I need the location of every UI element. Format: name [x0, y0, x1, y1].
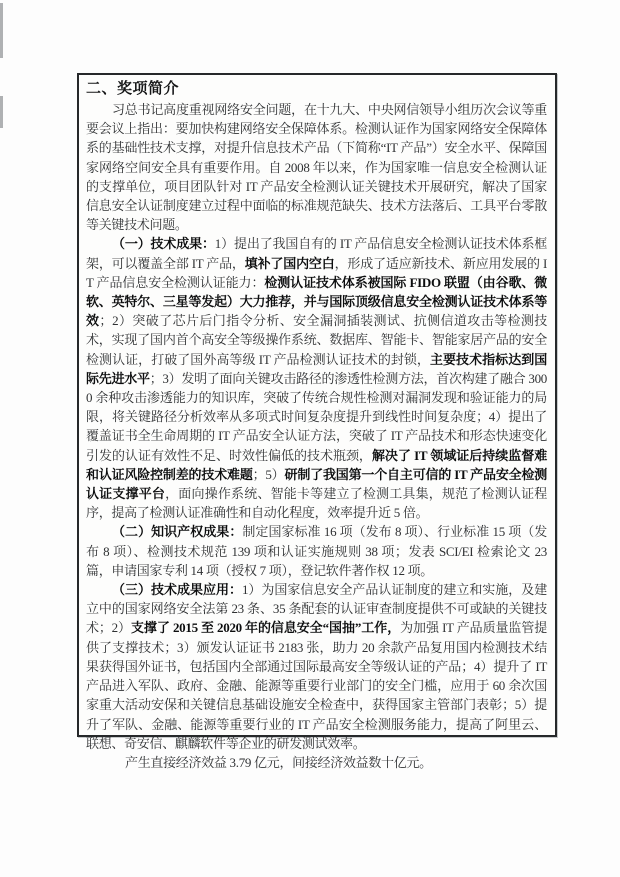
- paragraph: 产生直接经济效益 3.79 亿元，间接经济效益数十亿元。: [86, 753, 547, 772]
- scan-artifact: [0, 96, 3, 128]
- section-title: 二、奖项简介: [86, 78, 547, 100]
- award-summary-box: 二、奖项简介 习总书记高度重视网络安全问题，在十九大、中央网信领导小组历次会议等…: [77, 73, 557, 737]
- scanned-document-page: { "colors": { "page_background": "#fdfdf…: [0, 0, 620, 877]
- paragraph: （一）技术成果：1）提出了我国自有的 IT 产品信息安全检测认证技术体系框架，可…: [86, 234, 547, 522]
- paragraph: 习总书记高度重视网络安全问题，在十九大、中央网信领导小组历次会议等重要会议上指出…: [86, 100, 547, 234]
- bold-text-segment: 支撑了 2015 至 2020 年的信息安全“国抽”工作，: [131, 620, 400, 635]
- bold-text-segment: 填补了国内空白: [245, 256, 335, 271]
- text-segment: 为加强 IT 产品质量监管提供了支撑技术；3）颁发认证证书 2183 张，助力 …: [86, 620, 547, 750]
- text-segment: 产生直接经济效益 3.79 亿元，间接经济效益数十亿元。: [125, 755, 432, 770]
- document-body: 习总书记高度重视网络安全问题，在十九大、中央网信领导小组历次会议等重要会议上指出…: [86, 100, 547, 772]
- bold-text-segment: （二）知识产权成果：: [112, 524, 242, 539]
- paragraph: （二）知识产权成果：制定国家标准 16 项（发布 8 项）、行业标准 15 项（…: [86, 522, 547, 580]
- bold-text-segment: （一）技术成果：: [112, 236, 215, 251]
- text-segment: 习总书记高度重视网络安全问题，在十九大、中央网信领导小组历次会议等重要会议上指出…: [86, 102, 547, 232]
- scan-artifact: [0, 3, 3, 58]
- text-segment: ；5）: [253, 467, 285, 482]
- bold-text-segment: （三）技术成果应用：: [112, 582, 242, 597]
- paragraph: （三）技术成果应用：1）为国家信息安全产品认证制度的建立和实施，及建立中的国家网…: [86, 580, 547, 753]
